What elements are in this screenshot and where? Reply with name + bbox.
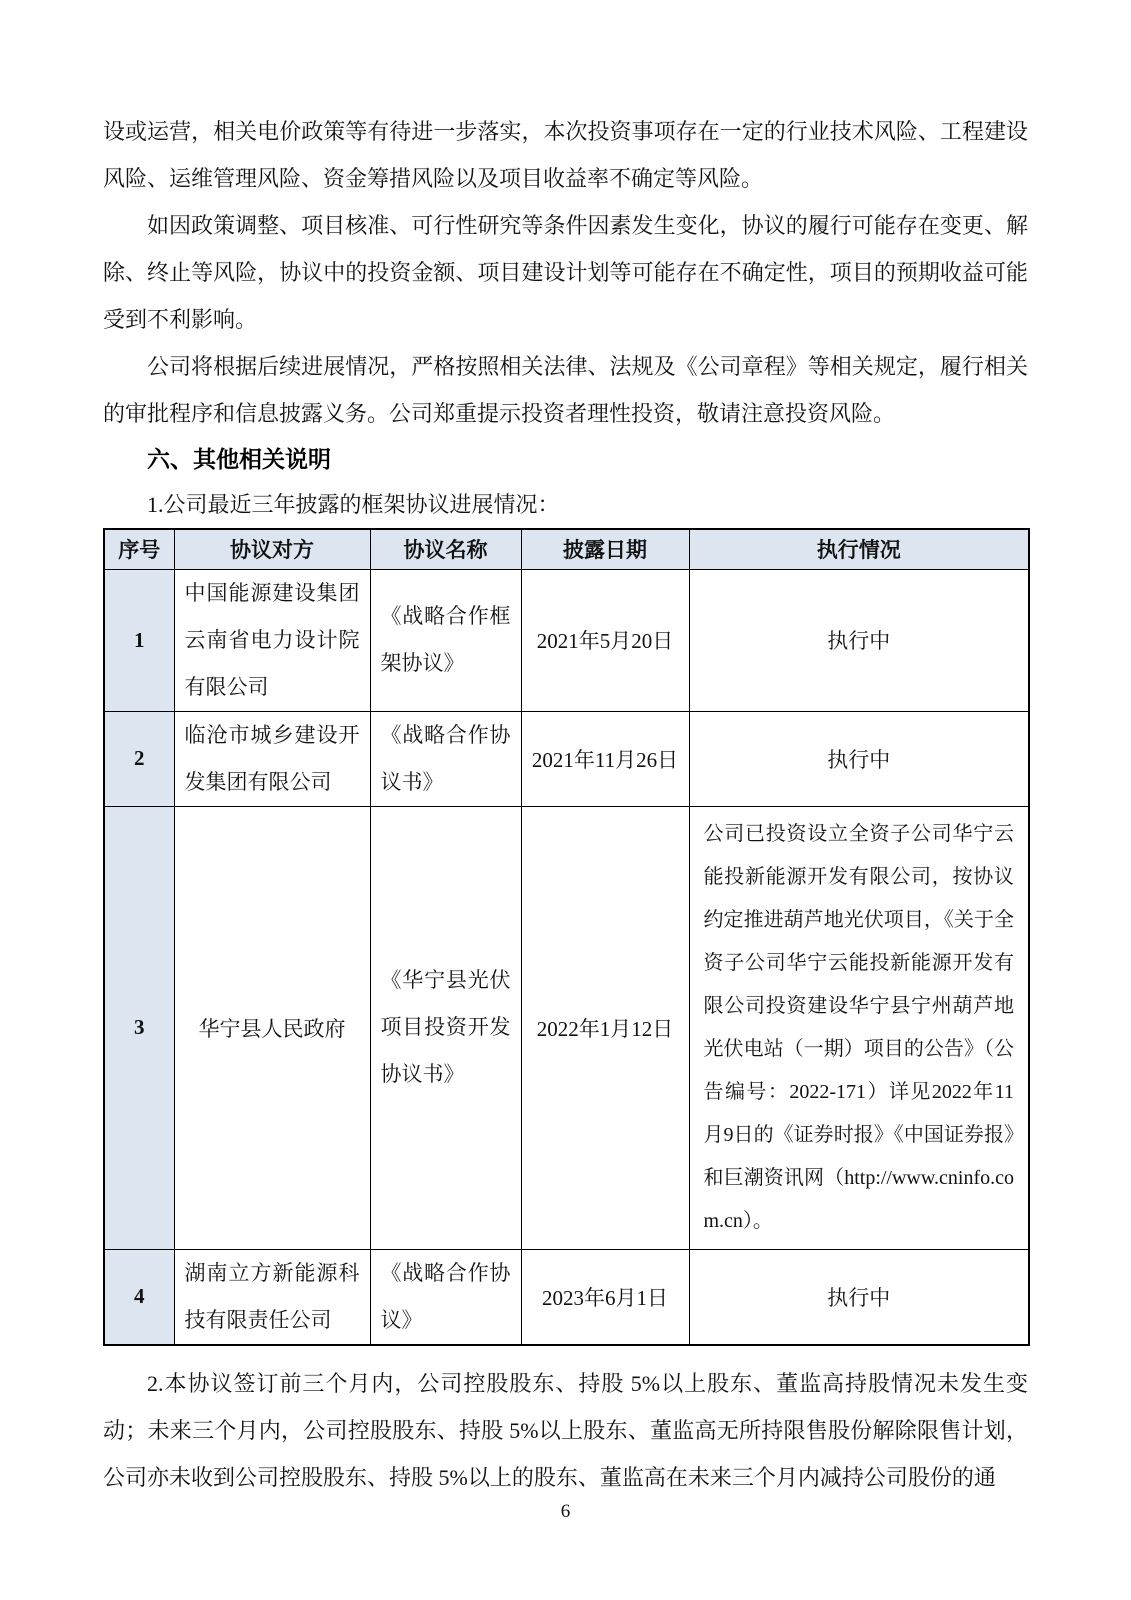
paragraph-risk-change: 如因政策调整、项目核准、可行性研究等条件因素发生变化，协议的履行可能存在变更、解… (103, 202, 1028, 343)
header-cell-party: 协议对方 (174, 529, 370, 569)
cell-party: 临沧市城乡建设开发集团有限公司 (174, 711, 370, 806)
cell-index: 1 (104, 569, 174, 711)
cell-date: 2022年1月12日 (521, 806, 689, 1249)
table-row: 4 湖南立方新能源科技有限责任公司 《战略合作协议》 2023年6月1日 执行中 (104, 1249, 1029, 1345)
cell-name: 《战略合作框架协议》 (370, 569, 521, 711)
cell-name: 《华宁县光伏项目投资开发协议书》 (370, 806, 521, 1249)
list-intro: 1.公司最近三年披露的框架协议进展情况： (103, 481, 1028, 528)
table-header-row: 序号 协议对方 协议名称 披露日期 执行情况 (104, 529, 1029, 569)
cell-date: 2023年6月1日 (521, 1249, 689, 1345)
header-cell-status: 执行情况 (689, 529, 1029, 569)
cell-name: 《战略合作协议》 (370, 1249, 521, 1345)
cell-index: 3 (104, 806, 174, 1249)
header-cell-index: 序号 (104, 529, 174, 569)
cell-status: 执行中 (689, 1249, 1029, 1345)
paragraph-risk-continuation: 设或运营，相关电价政策等有待进一步落实，本次投资事项存在一定的行业技术风险、工程… (103, 108, 1028, 202)
header-cell-name: 协议名称 (370, 529, 521, 569)
agreements-progress-table: 序号 协议对方 协议名称 披露日期 执行情况 1 中国能源建设集团云南省电力设计… (103, 528, 1030, 1346)
section-heading: 六、其他相关说明 (103, 437, 1028, 481)
header-cell-date: 披露日期 (521, 529, 689, 569)
document-page: 设或运营，相关电价政策等有待进一步落实，本次投资事项存在一定的行业技术风险、工程… (0, 0, 1131, 1600)
cell-name: 《战略合作协议书》 (370, 711, 521, 806)
paragraph-shareholding: 2.本协议签订前三个月内，公司控股股东、持股 5%以上股东、董监高持股情况未发生… (103, 1360, 1028, 1501)
cell-date: 2021年5月20日 (521, 569, 689, 711)
cell-status: 执行中 (689, 711, 1029, 806)
cell-party: 中国能源建设集团云南省电力设计院有限公司 (174, 569, 370, 711)
cell-date: 2021年11月26日 (521, 711, 689, 806)
cell-index: 4 (104, 1249, 174, 1345)
paragraph-compliance: 公司将根据后续进展情况，严格按照相关法律、法规及《公司章程》等相关规定，履行相关… (103, 343, 1028, 437)
cell-status: 公司已投资设立全资子公司华宁云能投新能源开发有限公司，按协议约定推进葫芦地光伏项… (689, 806, 1029, 1249)
table-row: 1 中国能源建设集团云南省电力设计院有限公司 《战略合作框架协议》 2021年5… (104, 569, 1029, 711)
table-row: 2 临沧市城乡建设开发集团有限公司 《战略合作协议书》 2021年11月26日 … (104, 711, 1029, 806)
cell-status: 执行中 (689, 569, 1029, 711)
cell-party: 华宁县人民政府 (174, 806, 370, 1249)
table-row: 3 华宁县人民政府 《华宁县光伏项目投资开发协议书》 2022年1月12日 公司… (104, 806, 1029, 1249)
page-number: 6 (103, 1501, 1028, 1523)
cell-index: 2 (104, 711, 174, 806)
cell-party: 湖南立方新能源科技有限责任公司 (174, 1249, 370, 1345)
